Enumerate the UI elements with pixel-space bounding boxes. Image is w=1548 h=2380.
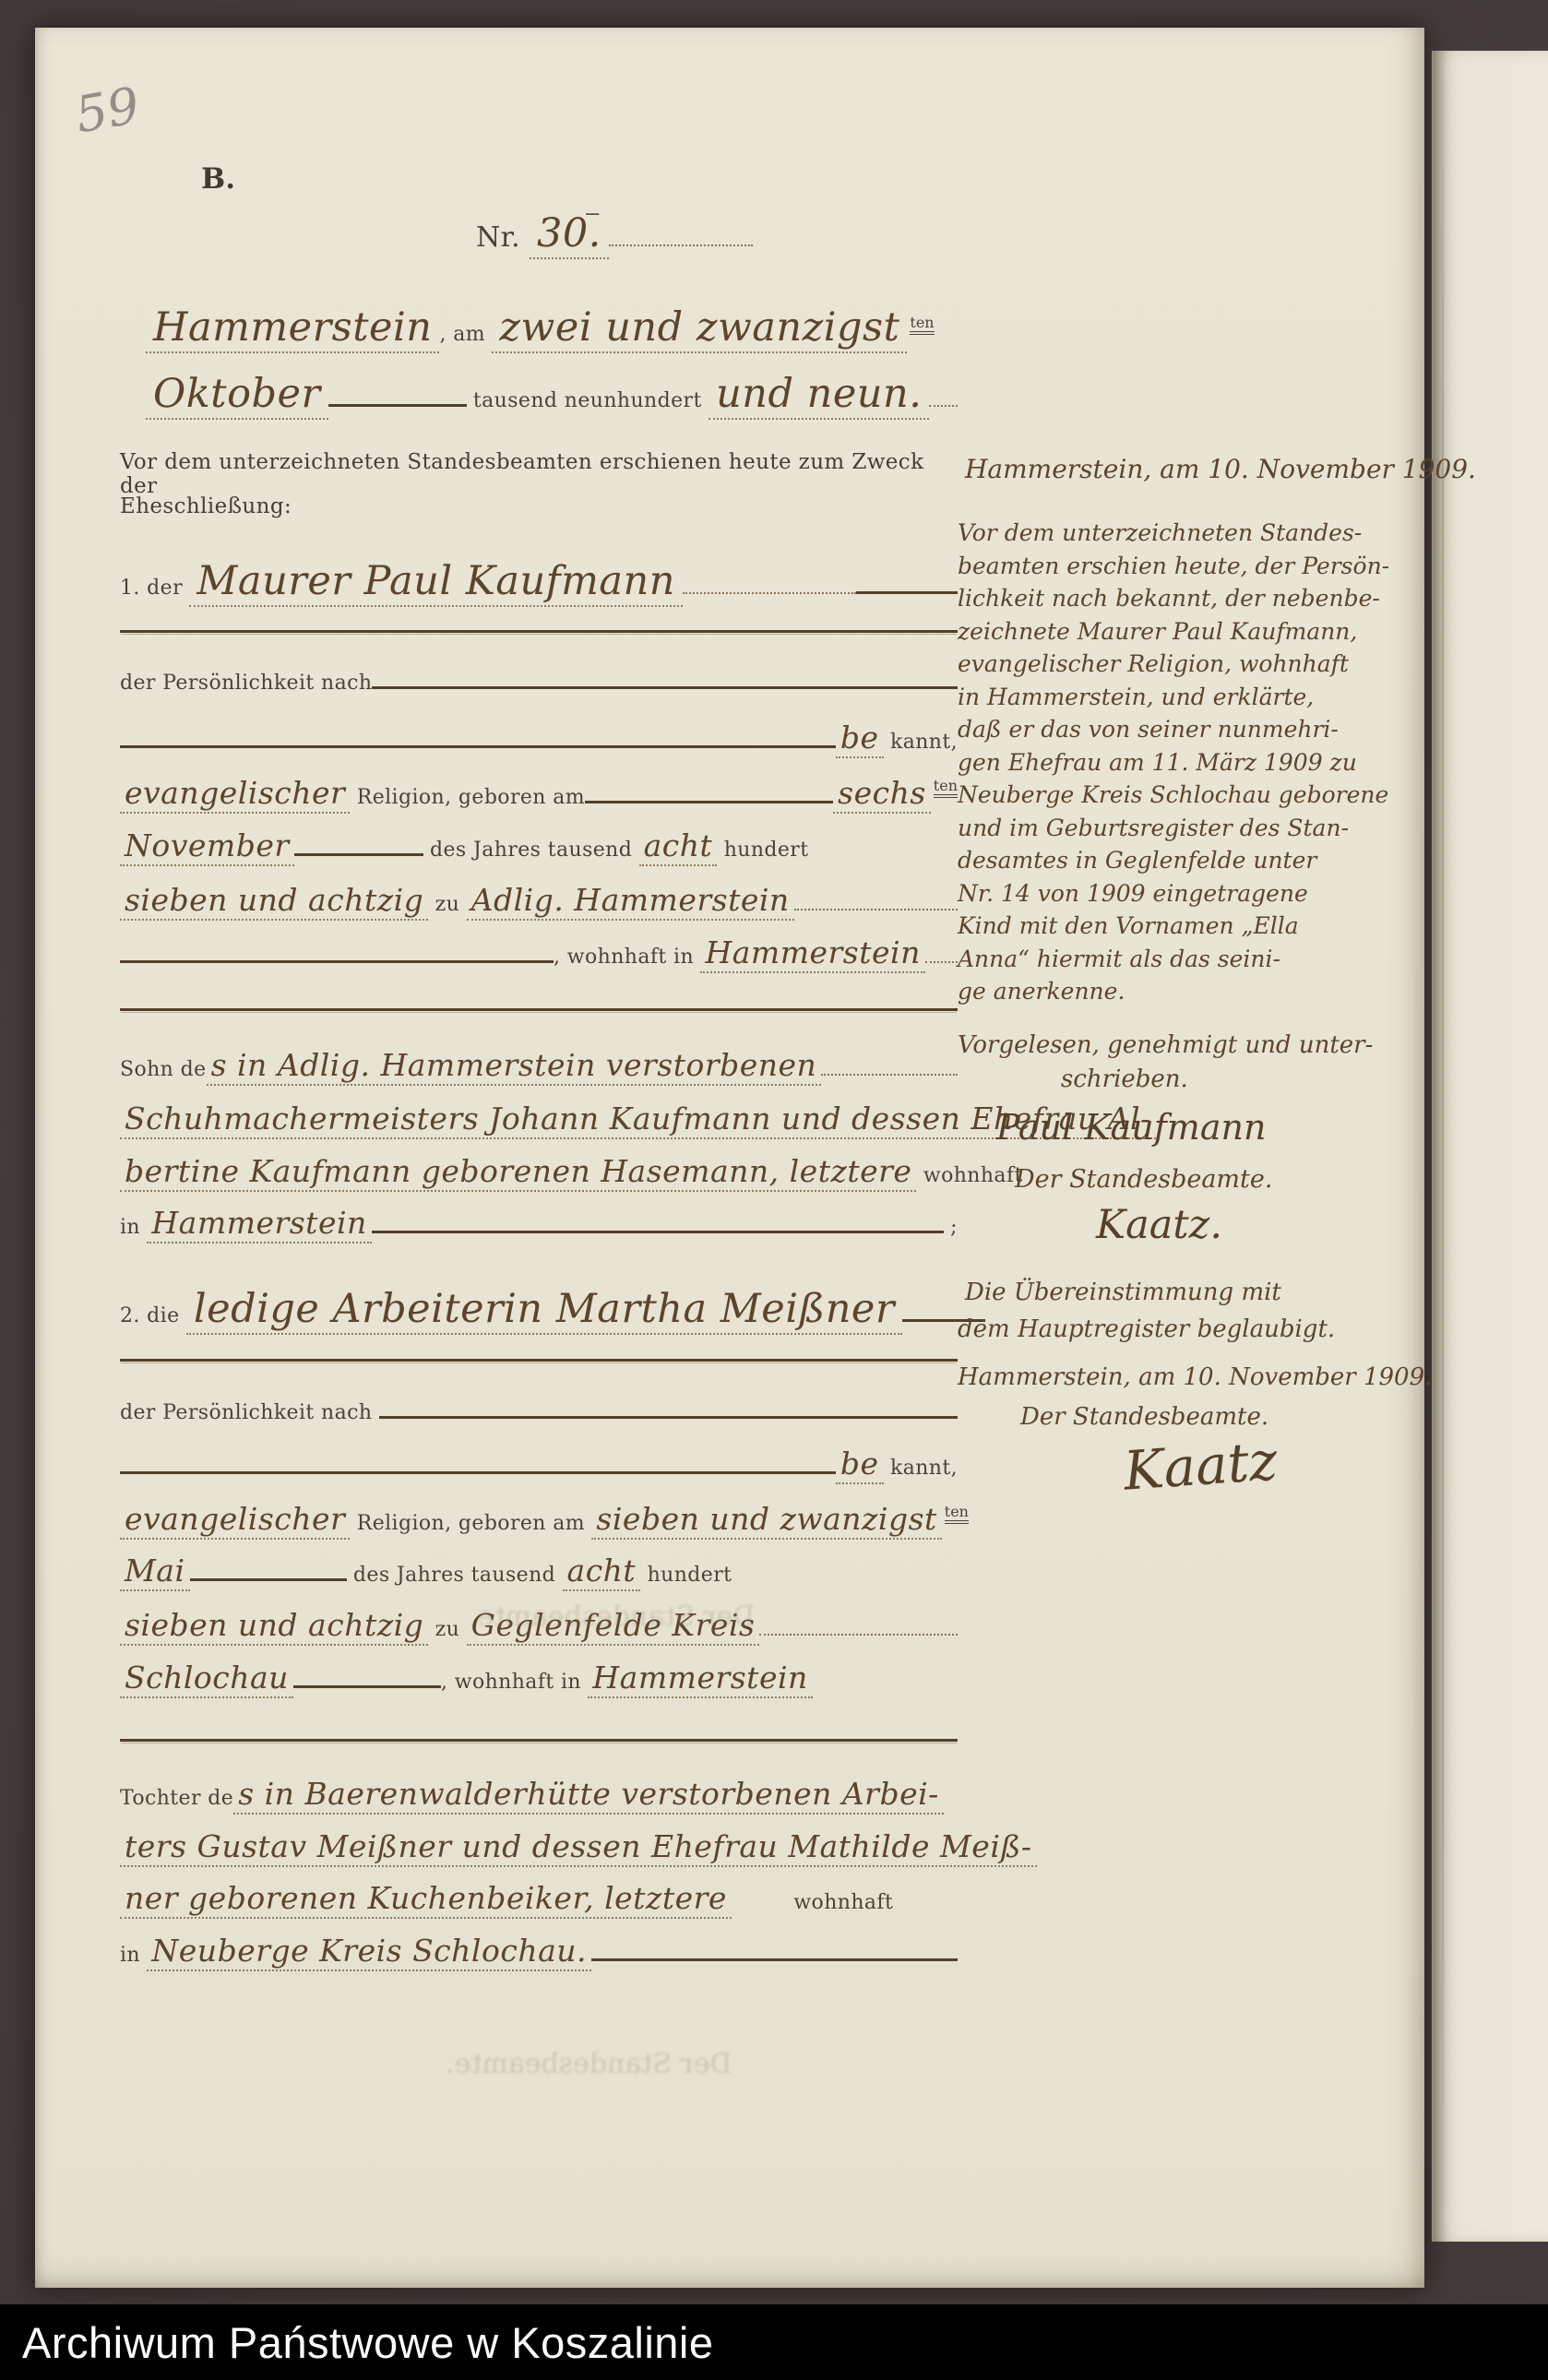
- handwritten-text: bertine Kaufmann geborenen Hasemann, let…: [120, 1153, 916, 1192]
- handwritten-text: Hammerstein: [147, 1205, 371, 1244]
- groom-parents-row-1: Sohn des in Adlig. Hammerstein verstorbe…: [120, 1047, 958, 1086]
- printed-text: 1. der: [120, 577, 189, 600]
- bride-identity-row: der Persönlichkeit nach: [120, 1401, 958, 1424]
- printed-text: des Jahres tausend: [347, 1564, 563, 1587]
- printed-text: kannt,: [884, 1457, 958, 1480]
- printed-text: kannt,: [884, 731, 958, 754]
- solid-fill-line: [591, 1955, 958, 1961]
- printed-text: tausend neunhundert: [467, 389, 709, 412]
- dotted-fill-line: [821, 1070, 958, 1076]
- solid-fill-line: [120, 742, 836, 748]
- handwritten-text: evangelischer: [120, 775, 350, 814]
- certification-line-3: Hammerstein, am 10. November 1909.: [958, 1363, 1432, 1391]
- handwritten-text: Mai: [120, 1553, 190, 1591]
- section-letter: B.: [201, 162, 235, 196]
- form-rule: [120, 630, 958, 633]
- groom-birth-place-row: sieben und achtzig zu Adlig. Hammerstein: [120, 882, 958, 921]
- printed-text: wohnhaft: [916, 1164, 1022, 1187]
- solid-fill-line: [372, 1227, 944, 1233]
- printed-text: Religion, geboren am: [350, 786, 585, 809]
- ordinal-suffix: ten: [945, 1503, 969, 1524]
- groom-parents-row-3: bertine Kaufmann geborenen Hasemann, let…: [120, 1153, 958, 1192]
- registrar-title: Der Standesbeamte.: [1015, 1165, 1272, 1194]
- printed-text: zu: [428, 1618, 466, 1641]
- handwritten-text: und neun.: [709, 371, 929, 420]
- handwritten-text: Maurer Paul Kaufmann: [189, 558, 683, 607]
- certification-line-2: dem Hauptregister beglaubigt.: [958, 1315, 1335, 1343]
- dateline-month-year: Oktober tausend neunhundert und neun.: [146, 371, 958, 420]
- handwritten-text: Hammerstein: [700, 934, 924, 973]
- record-number-value: 30.: [530, 210, 609, 259]
- handwritten-text: evangelischer: [120, 1501, 350, 1540]
- record-number-row: Nr. 30.: [476, 210, 753, 259]
- bride-bekannt-row: be kannt,: [120, 1446, 958, 1484]
- margin-closing-1: Vorgelesen, genehmigt und unter-: [958, 1031, 1373, 1059]
- printed-text: , wohnhaft in: [554, 946, 700, 969]
- handwritten-text: sieben und achtzig: [120, 1607, 428, 1646]
- bride-parents-row-3: ner geborenen Kuchenbeiker, letztere woh…: [120, 1880, 958, 1919]
- intro-line-1: Vor dem unterzeichneten Standesbeamten e…: [120, 450, 958, 498]
- intro-line-2: Eheschließung:: [120, 494, 958, 518]
- solid-fill-line: [120, 957, 554, 963]
- archival-scan: { "annotations": { "pencil_number": "59"…: [0, 0, 1548, 2380]
- dotted-fill-line: [683, 589, 856, 594]
- margin-note-line: zeichnete Maurer Paul Kaufmann,: [958, 615, 1389, 649]
- handwritten-text: acht: [563, 1553, 641, 1591]
- printed-text: ;: [944, 1216, 958, 1239]
- margin-note-line: ge anerkenne.: [958, 975, 1389, 1008]
- handwritten-text: acht: [639, 827, 718, 866]
- printed-text: wohnhaft: [787, 1891, 893, 1914]
- dotted-fill-line: [929, 401, 958, 407]
- dateline-place-day: Hammerstein, am zwei und zwanzigstten: [146, 304, 958, 353]
- handwritten-text: November: [120, 827, 294, 866]
- printed-text: Sohn de: [120, 1058, 207, 1081]
- solid-fill-line: [294, 850, 423, 856]
- printed-text: hundert: [717, 839, 808, 862]
- registrar-signature: Kaatz.: [1096, 1202, 1222, 1248]
- margin-note-line: evangelischer Religion, wohnhaft: [958, 648, 1389, 681]
- solid-fill-line: [328, 400, 467, 407]
- handwritten-text: ters Gustav Meißner und dessen Ehefrau M…: [120, 1828, 1037, 1867]
- groom-residence-row: , wohnhaft in Hammerstein: [120, 934, 958, 973]
- dotted-fill-line: [759, 1630, 958, 1636]
- handwritten-text: ner geborenen Kuchenbeiker, letztere: [120, 1880, 732, 1919]
- record-number-label: Nr.: [476, 221, 530, 254]
- archive-name-label: Archiwum Państwowe w Koszalinie: [0, 2317, 714, 2368]
- handwritten-text: s in Baerenwalderhütte verstorbenen Arbe…: [233, 1776, 944, 1815]
- spacer: [732, 1905, 787, 1909]
- form-rule: [120, 1008, 958, 1011]
- solid-fill-line: [293, 1682, 441, 1688]
- solid-fill-line: [372, 683, 958, 689]
- margin-note-line: Anna“ hiermit als das seini-: [958, 943, 1389, 976]
- handwritten-text: sieben und zwanzigst: [591, 1501, 941, 1540]
- adjacent-page-edge: [1432, 51, 1548, 2242]
- handwritten-text: s in Adlig. Hammerstein verstorbenen: [207, 1047, 822, 1086]
- groom-identity-row: der Persönlichkeit nach: [120, 672, 958, 695]
- margin-note-line: und im Geburtsregister des Stan-: [958, 812, 1389, 845]
- solid-fill-line: [856, 588, 958, 594]
- margin-body: Vor dem unterzeichneten Standes-beamten …: [958, 517, 1389, 1008]
- certification-line-4: Der Standesbeamte.: [1020, 1403, 1268, 1431]
- margin-note-line: Nr. 14 von 1909 eingetragene: [958, 877, 1389, 910]
- printed-text: Tochter de: [120, 1787, 233, 1810]
- groom-name-row: 1. der Maurer Paul Kaufmann: [120, 558, 958, 607]
- dotted-fill-line: [794, 905, 958, 910]
- bleedthrough-text: Der Standesbeamte.: [469, 1601, 756, 1633]
- printed-text: Religion, geboren am: [350, 1512, 591, 1535]
- bride-parents-row-4: in Neuberge Kreis Schlochau.: [120, 1933, 958, 1971]
- margin-note-line: Kind mit den Vornamen „Ella: [958, 910, 1389, 943]
- handwritten-text: Schlochau: [120, 1660, 293, 1698]
- bleedthrough-text: Der Standesbeamte.: [446, 2048, 732, 2080]
- printed-text: , am: [439, 323, 492, 346]
- groom-bekannt-row: be kannt,: [120, 720, 958, 758]
- handwritten-text: be: [836, 720, 884, 758]
- solid-fill-line: [190, 1575, 347, 1581]
- groom-religion-row: evangelischer Religion, geboren amsechst…: [120, 775, 958, 814]
- register-page: 59 B. ‒ Nr. 30. Hammerstein, am zwei und…: [35, 28, 1424, 2288]
- margin-note-line: beamten erschien heute, der Persön-: [958, 550, 1389, 583]
- handwritten-text: Hammerstein: [146, 304, 439, 353]
- handwritten-text: be: [836, 1446, 884, 1484]
- printed-text: des Jahres tausend: [423, 839, 639, 862]
- printed-text: hundert: [640, 1564, 732, 1587]
- handwritten-text: Hammerstein: [588, 1660, 812, 1698]
- margin-note-line: Neuberge Kreis Schlochau geborene: [958, 779, 1389, 812]
- groom-signature: Paul Kaufmann: [996, 1107, 1266, 1148]
- handwritten-text: Adlig. Hammerstein: [467, 882, 794, 921]
- margin-date: Hammerstein, am 10. November 1909.: [965, 454, 1476, 484]
- handwritten-text: sechs: [833, 775, 931, 814]
- groom-parents-row-4: in Hammerstein ;: [120, 1205, 958, 1244]
- form-rule: [120, 1739, 958, 1742]
- pencil-page-number: 59: [71, 77, 144, 145]
- dotted-fill-line: [925, 958, 958, 963]
- archive-watermark-bar: Archiwum Państwowe w Koszalinie: [0, 2304, 1548, 2380]
- form-rule: [120, 1359, 958, 1362]
- printed-text: zu: [428, 893, 466, 916]
- bride-parents-row-2: ters Gustav Meißner und dessen Ehefrau M…: [120, 1828, 958, 1867]
- bride-religion-row: evangelischer Religion, geboren am siebe…: [120, 1501, 958, 1540]
- ordinal-suffix: ten: [934, 777, 958, 798]
- margin-note-line: desamtes in Geglenfelde unter: [958, 844, 1389, 877]
- solid-fill-line: [379, 1412, 958, 1419]
- dotted-fill-line: [609, 241, 753, 246]
- printed-text: 2. die: [120, 1304, 186, 1327]
- bride-name-row: 2. die ledige Arbeiterin Martha Meißner: [120, 1286, 958, 1335]
- certification-line-1: Die Übereinstimmung mit: [965, 1279, 1281, 1306]
- margin-note-line: in Hammerstein, und erklärte,: [958, 681, 1389, 714]
- margin-closing-2: schrieben.: [1061, 1065, 1188, 1093]
- printed-text: in: [120, 1216, 147, 1239]
- margin-note-line: Vor dem unterzeichneten Standes-: [958, 517, 1389, 550]
- margin-note-line: lichkeit nach bekannt, der nebenbe-: [958, 582, 1389, 615]
- margin-note-line: gen Ehefrau am 11. März 1909 zu: [958, 746, 1389, 779]
- printed-text: der Persönlichkeit nach: [120, 1401, 379, 1424]
- groom-parents-row-2: Schuhmachermeisters Johann Kaufmann und …: [120, 1101, 958, 1139]
- margin-note-line: daß er das von seiner nunmehri-: [958, 713, 1389, 746]
- printed-text: der Persönlichkeit nach: [120, 672, 372, 695]
- solid-fill-line: [120, 1468, 836, 1474]
- bride-birth-month-row: Mai des Jahres tausend acht hundert: [120, 1553, 958, 1591]
- printed-text: , wohnhaft in: [441, 1671, 588, 1694]
- handwritten-text: Oktober: [146, 371, 328, 420]
- certification-signature: Kaatz: [1122, 1429, 1280, 1502]
- printed-text: in: [120, 1944, 147, 1967]
- handwritten-text: ledige Arbeiterin Martha Meißner: [186, 1286, 902, 1335]
- solid-fill-line: [585, 797, 833, 803]
- bride-residence-row: Schlochau, wohnhaft in Hammerstein: [120, 1660, 958, 1698]
- handwritten-text: zwei und zwanzigst: [492, 304, 907, 353]
- bride-parents-row-1: Tochter des in Baerenwalderhütte verstor…: [120, 1776, 958, 1815]
- groom-birth-month-row: November des Jahres tausend acht hundert: [120, 827, 958, 866]
- ordinal-suffix: ten: [910, 314, 934, 335]
- handwritten-text: sieben und achtzig: [120, 882, 428, 921]
- page-fold-line: [1442, 51, 1444, 2242]
- handwritten-text: Neuberge Kreis Schlochau.: [147, 1933, 591, 1971]
